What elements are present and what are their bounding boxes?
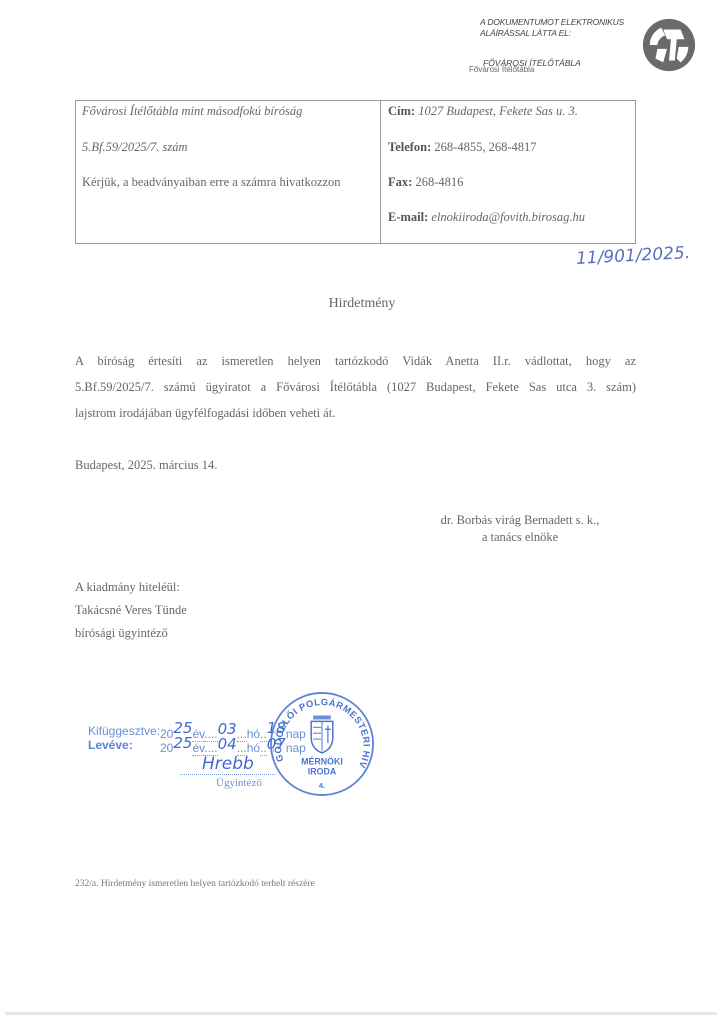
certifier-role: bírósági ügyintéző [75, 622, 187, 645]
esignature-line2: ALÁÍRÁSSAL LÁTTA EL: [480, 28, 624, 39]
phone-row: Telefon: 268-4855, 268-4817 [388, 140, 537, 155]
page-bottom-edge [5, 1012, 717, 1015]
removed-month: 04 [218, 735, 237, 753]
esignature-notice: A DOKUMENTUMOT ELEKTRONIKUS ALÁÍRÁSSAL L… [480, 17, 624, 39]
hungarian-coat-of-arms-icon [311, 716, 333, 753]
date-line: Budapest, 2025. március 14. [75, 458, 217, 473]
phone-value: 268-4855, 268-4817 [434, 140, 536, 154]
svg-text:4.: 4. [319, 781, 325, 790]
handwritten-registry-number: 11/901/2025. [576, 243, 691, 269]
svg-text:MÉRNÖKI: MÉRNÖKI [301, 757, 343, 767]
notice-body: A bíróság értesíti az ismeretlen helyen … [75, 348, 636, 426]
court-name: Fővárosi Ítélőtábla mint másodfokú bírós… [82, 104, 302, 119]
fax-label: Fax: [388, 175, 412, 189]
header-table-divider [380, 100, 381, 244]
address-label: Cím: [388, 104, 415, 118]
round-office-stamp: GÖDÖLLŐI POLGÁRMESTERI HIVATAL MÉRNÖKI I… [268, 690, 376, 798]
esignature-line1: A DOKUMENTUMOT ELEKTRONIKUS [480, 17, 624, 28]
address-row: Cím: 1027 Budapest, Fekete Sas u. 3. [388, 104, 578, 119]
certification-block: A kiadmány hiteléül: Takácsné Veres Tünd… [75, 576, 187, 645]
email-row: E-mail: elnokiiroda@fovith.birosag.hu [388, 210, 585, 225]
fax-row: Fax: 268-4816 [388, 175, 463, 190]
esignature-org: Fővárosi Ítélőtábla [469, 65, 534, 74]
signer-role: a tanács elnöke [400, 529, 640, 546]
body-line3: lajstrom irodájában ügyfélfogadási időbe… [75, 400, 636, 426]
fax-value: 268-4816 [415, 175, 463, 189]
officer-label: Ügyintéző [216, 777, 262, 789]
removed-year: 25 [173, 734, 192, 752]
removed-year-prefix: 20 [160, 741, 173, 755]
svg-text:IRODA: IRODA [308, 766, 337, 776]
court-logo-icon [640, 16, 698, 74]
phone-label: Telefon: [388, 140, 431, 154]
case-number: 5.Bf.59/2025/7. szám [82, 140, 188, 155]
removed-month-suffix: hó [247, 741, 260, 755]
form-footnote: 232/a. Hirdetmény ismeretlen helyen tart… [75, 879, 315, 889]
address-value: 1027 Budapest, Fekete Sas u. 3. [418, 104, 578, 118]
email-label: E-mail: [388, 210, 428, 224]
certifier-name: Takácsné Veres Tünde [75, 599, 187, 622]
document-title: Hirdetmény [0, 296, 724, 312]
email-value[interactable]: elnokiiroda@fovith.birosag.hu [431, 210, 585, 224]
certification-label: A kiadmány hiteléül: [75, 576, 187, 599]
signer-name: dr. Borbás virág Bernadett s. k., [400, 512, 640, 529]
removed-label: Levéve: [88, 738, 133, 752]
signature-block: dr. Borbás virág Bernadett s. k., a taná… [400, 512, 640, 546]
body-line2: 5.Bf.59/2025/7. számú ügyiratot a Főváro… [75, 374, 636, 400]
officer-signature-line [180, 774, 275, 775]
officer-signature: Hrebb [202, 754, 254, 774]
reference-note: Kérjük, a beadványaiban erre a számra hi… [82, 175, 341, 190]
body-line1: A bíróság értesíti az ismeretlen helyen … [75, 348, 636, 374]
posted-label: Kifüggesztve: [88, 724, 160, 738]
